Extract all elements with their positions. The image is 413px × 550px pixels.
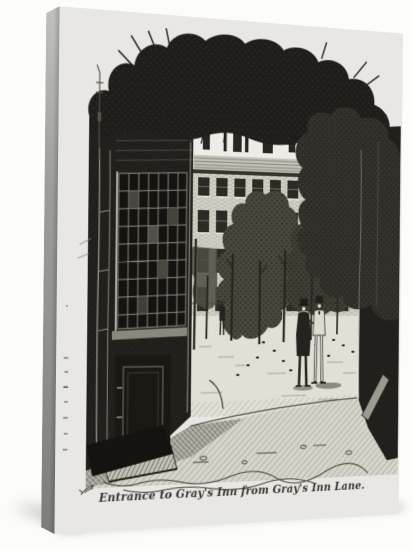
left-wall — [86, 124, 194, 477]
lattice-window — [112, 171, 189, 340]
engraving-illustration: Entrance to Gray's Inn from Gray's Inn L… — [54, 6, 403, 534]
canvas-front: Entrance to Gray's Inn from Gray's Inn L… — [54, 6, 403, 534]
product-photo: Entrance to Gray's Inn from Gray's Inn L… — [0, 0, 413, 550]
canvas-print: Entrance to Gray's Inn from Gray's Inn L… — [54, 6, 403, 534]
